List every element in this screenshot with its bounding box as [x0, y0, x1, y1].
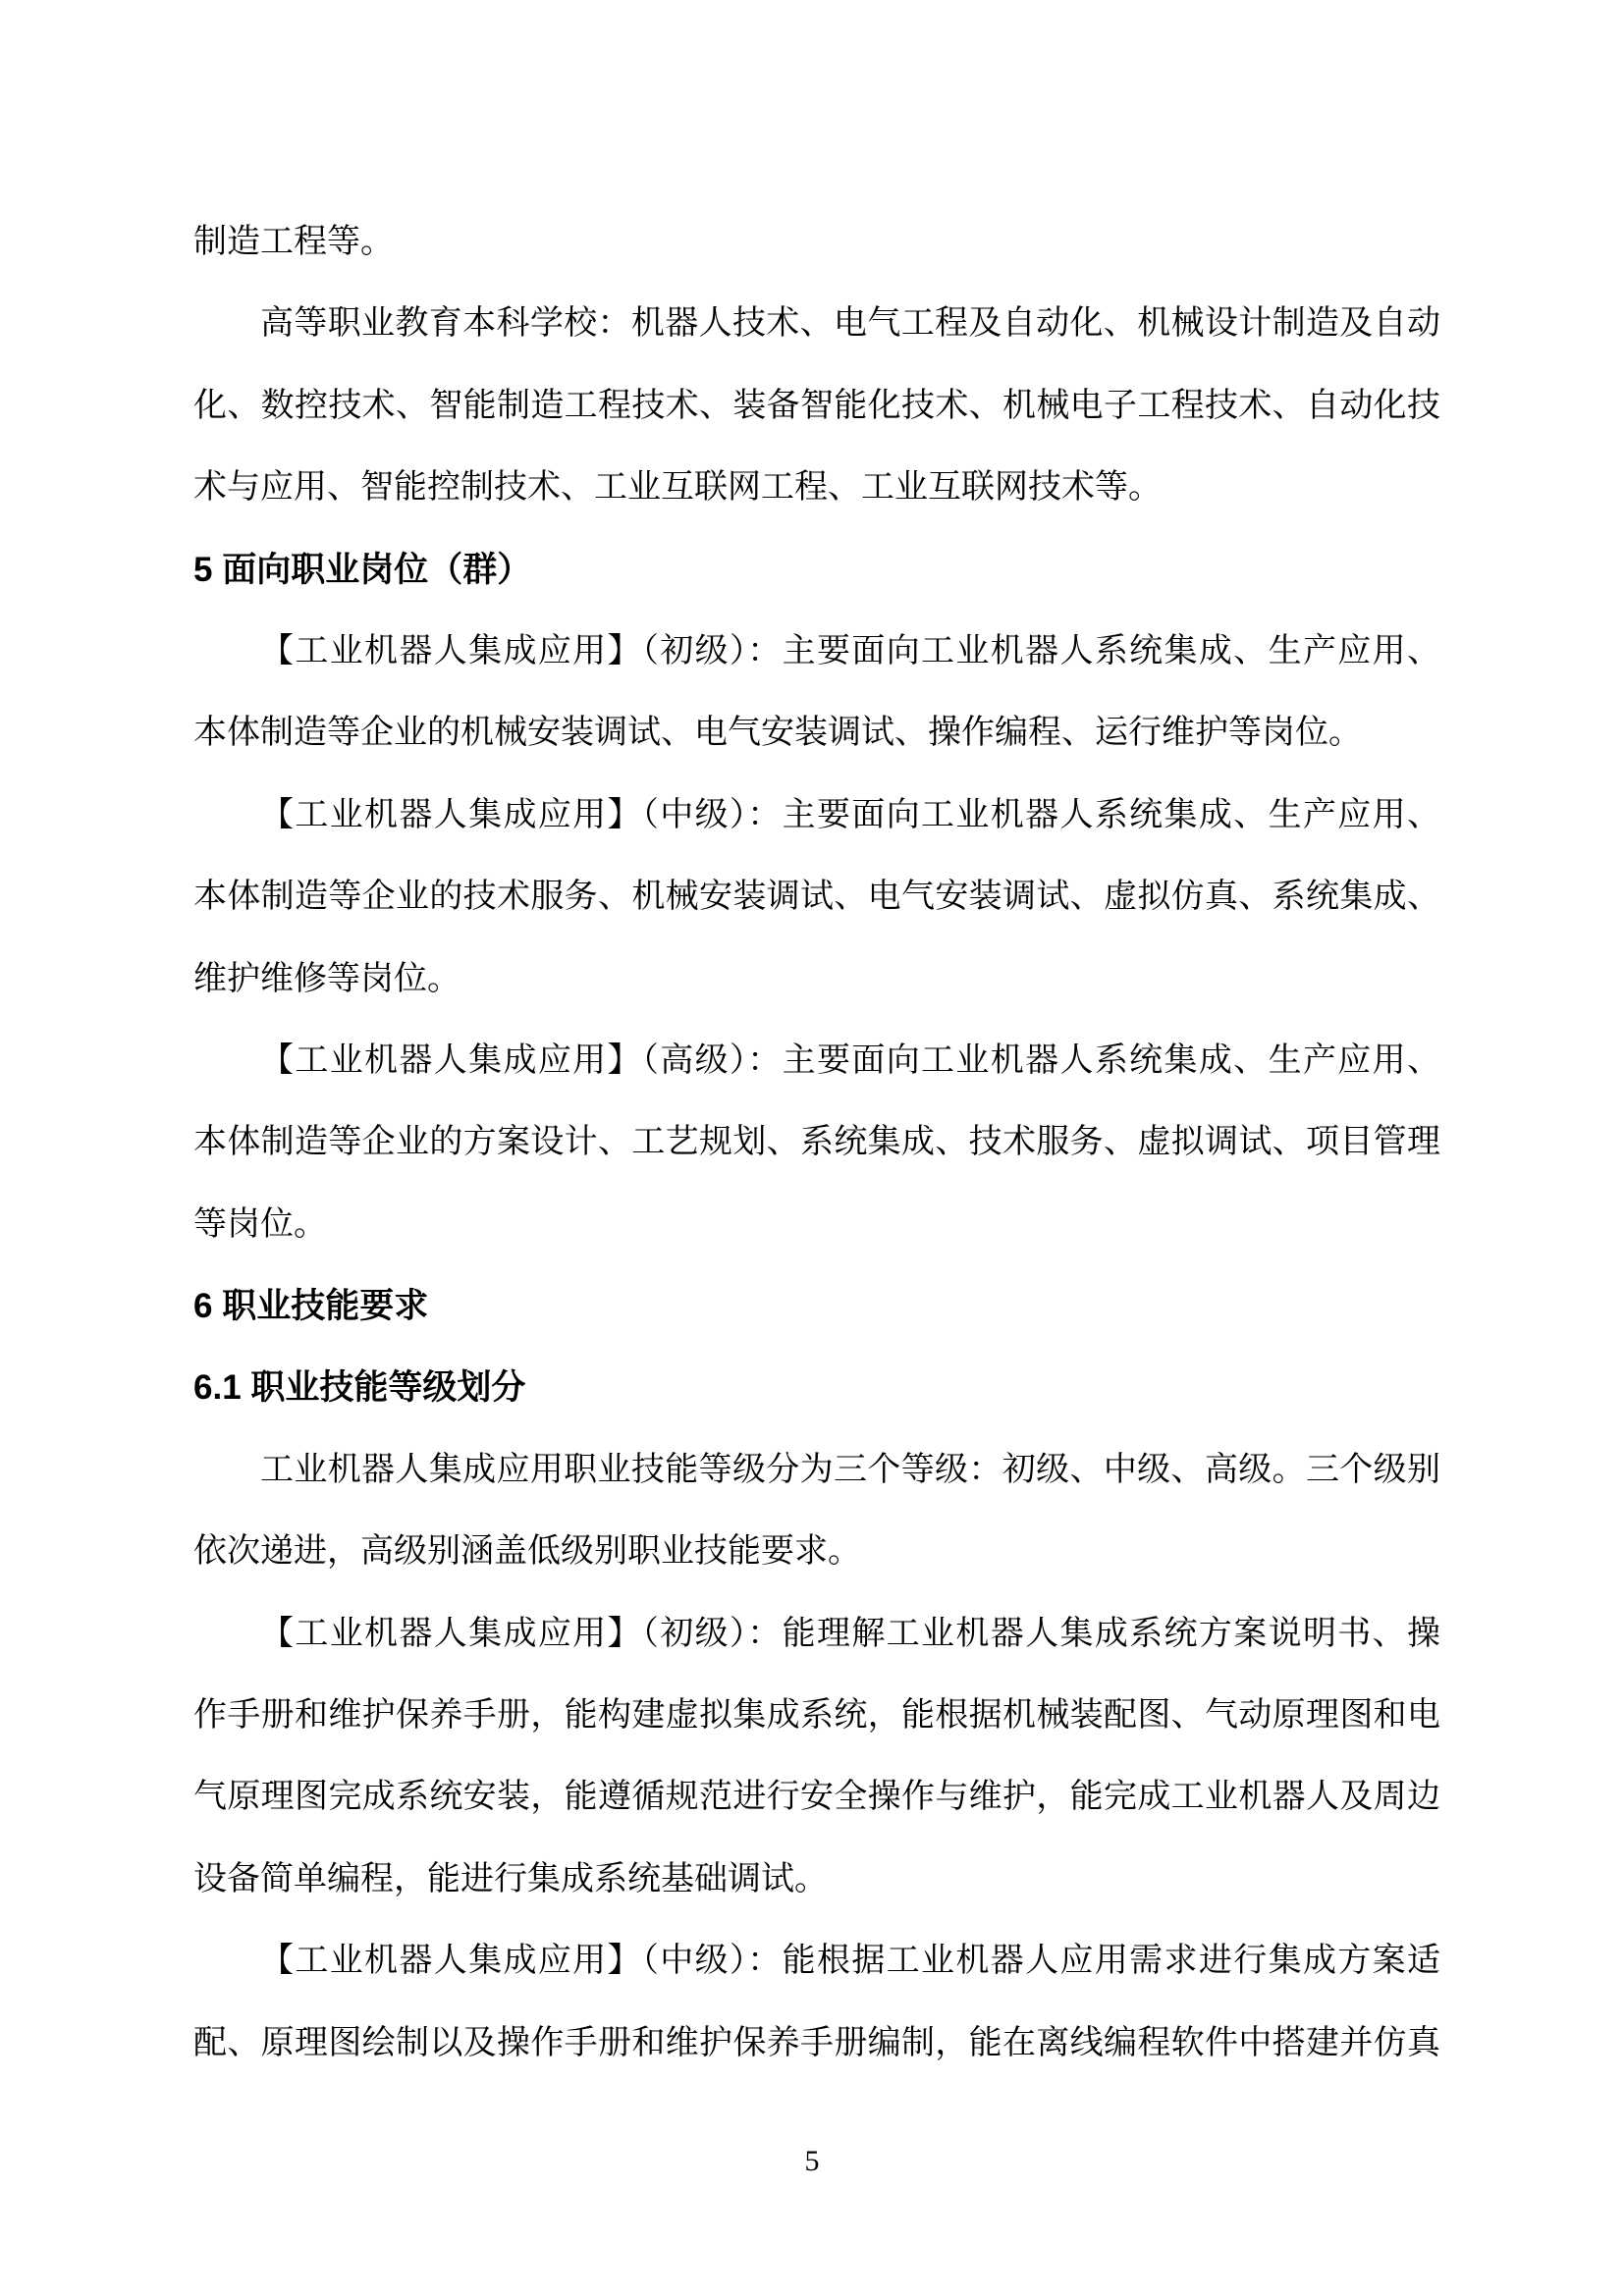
para-skill-junior-line-2: 作手册和维护保养手册，能构建虚拟集成系统，能根据机械装配图、气动原理图和电: [193, 1675, 1440, 1756]
para-skill-intermediate-line-1: 【工业机器人集成应用】（中级）：能根据工业机器人应用需求进行集成方案适: [193, 1920, 1440, 2002]
page-number: 5: [805, 2145, 820, 2177]
para-level-division-line-1: 工业机器人集成应用职业技能等级分为三个等级：初级、中级、高级。三个级别: [193, 1429, 1440, 1511]
para-higher-vocational-line-2: 化、数控技术、智能制造工程技术、装备智能化技术、机械电子工程技术、自动化技: [193, 365, 1440, 447]
heading-6: 6 职业技能要求: [193, 1265, 1440, 1347]
para-job-junior-line-2: 本体制造等企业的机械安装调试、电气安装调试、操作编程、运行维护等岗位。: [193, 692, 1440, 774]
para-skill-junior-line-3: 气原理图完成系统安装，能遵循规范进行安全操作与维护，能完成工业机器人及周边: [193, 1756, 1440, 1838]
para-level-division-line-2: 依次递进，高级别涵盖低级别职业技能要求。: [193, 1511, 1440, 1592]
para-higher-vocational-line-1: 高等职业教育本科学校：机器人技术、电气工程及自动化、机械设计制造及自动: [193, 283, 1440, 364]
para-skill-junior-line-4: 设备简单编程，能进行集成系统基础调试。: [193, 1839, 1440, 1920]
para-job-senior-line-2: 本体制造等企业的方案设计、工艺规划、系统集成、技术服务、虚拟调试、项目管理: [193, 1101, 1440, 1183]
document-page: { "document": { "language": "zh-CN", "ba…: [0, 0, 1624, 2296]
heading-5: 5 面向职业岗位（群）: [193, 529, 1440, 611]
para-skill-junior-line-1: 【工业机器人集成应用】（初级）：能理解工业机器人集成系统方案说明书、操: [193, 1593, 1440, 1675]
para-job-junior-line-1: 【工业机器人集成应用】（初级）：主要面向工业机器人系统集成、生产应用、: [193, 611, 1440, 692]
para-job-intermediate-line-2: 本体制造等企业的技术服务、机械安装调试、电气安装调试、虚拟仿真、系统集成、: [193, 856, 1440, 937]
para-skill-intermediate-line-2: 配、原理图绘制以及操作手册和维护保养手册编制，能在离线编程软件中搭建并仿真: [193, 2002, 1440, 2084]
para-job-intermediate-line-1: 【工业机器人集成应用】（中级）：主要面向工业机器人系统集成、生产应用、: [193, 774, 1440, 856]
document-body: 制造工程等。高等职业教育本科学校：机器人技术、电气工程及自动化、机械设计制造及自…: [193, 201, 1440, 2084]
para-continuation-line-1: 制造工程等。: [193, 201, 1440, 283]
para-higher-vocational-line-3: 术与应用、智能控制技术、工业互联网工程、工业互联网技术等。: [193, 447, 1440, 528]
para-job-senior-line-1: 【工业机器人集成应用】（高级）：主要面向工业机器人系统集成、生产应用、: [193, 1020, 1440, 1101]
para-job-senior-line-3: 等岗位。: [193, 1184, 1440, 1265]
page-footer: 5: [0, 2140, 1624, 2183]
heading-6-1: 6.1 职业技能等级划分: [193, 1347, 1440, 1428]
para-job-intermediate-line-3: 维护维修等岗位。: [193, 938, 1440, 1020]
